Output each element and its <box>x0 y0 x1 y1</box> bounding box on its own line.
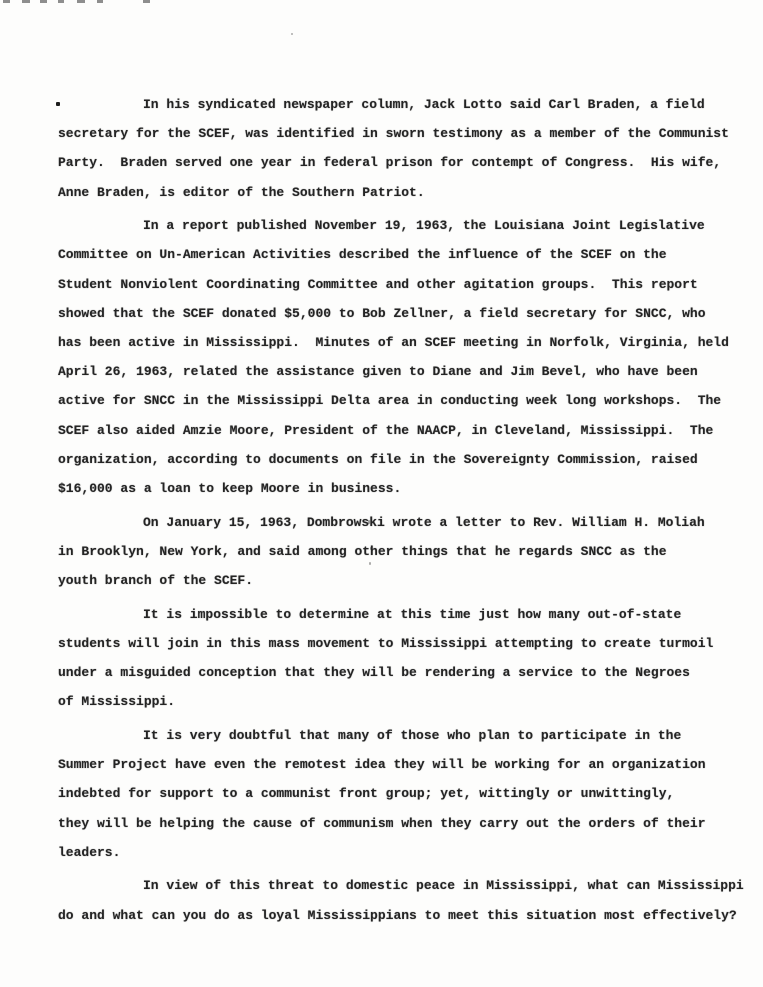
text-line: SCEF also aided Amzie Moore, President o… <box>58 416 750 445</box>
text-line: On January 15, 1963, Dombrowski wrote a … <box>58 508 750 537</box>
scan-artifact-dash <box>97 0 103 3</box>
text-line: showed that the SCEF donated $5,000 to B… <box>58 299 750 328</box>
paragraph: In his syndicated newspaper column, Jack… <box>58 90 750 207</box>
text-line: Party. Braden served one year in federal… <box>58 148 750 177</box>
text-line: In a report published November 19, 1963,… <box>58 211 750 240</box>
text-line: secretary for the SCEF, was identified i… <box>58 119 750 148</box>
text-line: in Brooklyn, New York, and said among ot… <box>58 537 750 566</box>
paragraph: On January 15, 1963, Dombrowski wrote a … <box>58 508 750 596</box>
scan-artifact-dash <box>77 0 85 3</box>
text-line: Committee on Un-American Activities desc… <box>58 240 750 269</box>
text-line: of Mississippi. <box>58 687 750 716</box>
text-line: under a misguided conception that they w… <box>58 658 750 687</box>
paragraph: It is impossible to determine at this ti… <box>58 600 750 717</box>
text-line: $16,000 as a loan to keep Moore in busin… <box>58 474 750 503</box>
text-line: active for SNCC in the Mississippi Delta… <box>58 386 750 415</box>
text-line: they will be helping the cause of commun… <box>58 809 750 838</box>
text-line: do and what can you do as loyal Mississi… <box>58 901 750 930</box>
text-line: Summer Project have even the remotest id… <box>58 750 750 779</box>
text-line: youth branch of the SCEF. <box>58 566 750 595</box>
scan-artifact-dash <box>3 0 10 3</box>
text-line: In view of this threat to domestic peace… <box>58 871 750 900</box>
scan-artifact-dash <box>22 0 30 3</box>
text-line: It is very doubtful that many of those w… <box>58 721 750 750</box>
text-line: students will join in this mass movement… <box>58 629 750 658</box>
scan-artifact-dash <box>143 0 150 3</box>
scan-artifact-dash <box>58 0 64 3</box>
scan-artifact-speck <box>291 33 293 35</box>
scanned-document-page: In his syndicated newspaper column, Jack… <box>0 0 763 987</box>
paragraph: It is very doubtful that many of those w… <box>58 721 750 867</box>
text-line: April 26, 1963, related the assistance g… <box>58 357 750 386</box>
scan-artifact-dash <box>40 0 47 3</box>
text-line: leaders. <box>58 838 750 867</box>
text-line: It is impossible to determine at this ti… <box>58 600 750 629</box>
text-line: Anne Braden, is editor of the Southern P… <box>58 178 750 207</box>
document-body: In his syndicated newspaper column, Jack… <box>58 90 750 930</box>
text-line: In his syndicated newspaper column, Jack… <box>58 90 750 119</box>
text-line: Student Nonviolent Coordinating Committe… <box>58 270 750 299</box>
paragraph: In a report published November 19, 1963,… <box>58 211 750 503</box>
text-line: organization, according to documents on … <box>58 445 750 474</box>
text-line: has been active in Mississippi. Minutes … <box>58 328 750 357</box>
text-line: indebted for support to a communist fron… <box>58 779 750 808</box>
paragraph: In view of this threat to domestic peace… <box>58 871 750 929</box>
